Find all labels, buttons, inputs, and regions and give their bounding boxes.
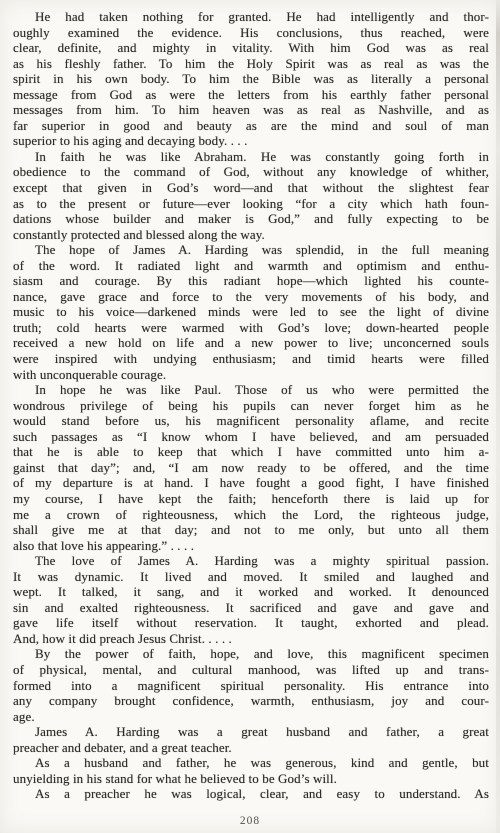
text-line: with unconquerable courage. xyxy=(13,367,489,383)
text-line: that he is able to keep that which I hav… xyxy=(13,444,489,460)
text-line: as his fleshly father. To him the Holy S… xyxy=(13,56,489,72)
text-line: oughly examined the evidence. His conclu… xyxy=(13,25,489,41)
text-line: obedience to the command of God, without… xyxy=(13,164,489,180)
text-line: music to his voice—darkened minds were l… xyxy=(13,304,489,320)
text-line: of physical, mental, and cultural manhoo… xyxy=(13,662,489,678)
text-line: In hope he was like Paul. Those of us wh… xyxy=(13,382,489,398)
text-line: unyielding in his stand for what he beli… xyxy=(13,771,489,787)
text-line: James A. Harding was a great husband and… xyxy=(13,724,489,740)
text-line: age. xyxy=(13,709,489,725)
text-line: of my departure is at hand. I have fough… xyxy=(13,475,489,491)
text-line: any company brought confidence, warmth, … xyxy=(13,693,489,709)
text-line: gave life itself without reservation. It… xyxy=(13,615,489,631)
text-line: formed into a magnificent spiritual pers… xyxy=(13,678,489,694)
text-line: would stand before us, his magnificent p… xyxy=(13,413,489,429)
text-line: He had taken nothing for granted. He had… xyxy=(13,9,489,25)
page-text: He had taken nothing for granted. He had… xyxy=(13,9,489,802)
text-line: clear, definite, and mighty in vitality.… xyxy=(13,40,489,56)
text-line: message from God as were the letters fro… xyxy=(13,87,489,103)
text-line: as to the present or future—ever looking… xyxy=(13,196,489,212)
text-line: gainst that day”; and, “I am now ready t… xyxy=(13,460,489,476)
text-line: also that love his appearing.” . . . . xyxy=(13,538,489,554)
text-line: shall give me at that day; and not to me… xyxy=(13,522,489,538)
text-line: The love of James A. Harding was a might… xyxy=(13,553,489,569)
text-line: It was dynamic. It lived and moved. It s… xyxy=(13,569,489,585)
text-line: dations whose builder and maker is God,”… xyxy=(13,211,489,227)
text-line: The hope of James A. Harding was splendi… xyxy=(13,242,489,258)
text-line: were inspired with undying enthusiasm; a… xyxy=(13,351,489,367)
text-line: nance, gave grace and force to the very … xyxy=(13,289,489,305)
scan-edge-artifact xyxy=(496,0,500,833)
text-line: such passages as “I know whom I have bel… xyxy=(13,429,489,445)
text-line: constantly protected and blessed along t… xyxy=(13,227,489,243)
text-line: wondrous privilege of being his pupils c… xyxy=(13,398,489,414)
text-line: my course, I have kept the faith; hencef… xyxy=(13,491,489,507)
text-line: except that given in God’s word—and that… xyxy=(13,180,489,196)
text-line: me a crown of righteousness, which the L… xyxy=(13,507,489,523)
text-line: far superior in good and beauty as are t… xyxy=(13,118,489,134)
text-line: And, how it did preach Jesus Christ. . .… xyxy=(13,631,489,647)
text-line: siasm and courage. By this radiant hope—… xyxy=(13,273,489,289)
text-line: sin and exalted righteousness. It sacrif… xyxy=(13,600,489,616)
text-line: As a preacher he was logical, clear, and… xyxy=(13,786,489,802)
text-line: As a husband and father, he was generous… xyxy=(13,755,489,771)
text-line: superior to his aging and decaying body.… xyxy=(13,133,489,149)
page-number: 208 xyxy=(0,815,500,827)
text-line: preacher and debater, and a great teache… xyxy=(13,740,489,756)
text-line: wept. It talked, it sang, and it worked … xyxy=(13,584,489,600)
text-line: spirit in his own body. To him the Bible… xyxy=(13,71,489,87)
text-line: By the power of faith, hope, and love, t… xyxy=(13,646,489,662)
text-line: received a new hold on life and a new po… xyxy=(13,335,489,351)
text-line: of the word. It radiated light and warmt… xyxy=(13,258,489,274)
text-line: messages from him. To him heaven was as … xyxy=(13,102,489,118)
text-line: truth; cold hearts were warmed with God’… xyxy=(13,320,489,336)
text-line: In faith he was like Abraham. He was con… xyxy=(13,149,489,165)
scanned-book-page: He had taken nothing for granted. He had… xyxy=(0,0,500,833)
